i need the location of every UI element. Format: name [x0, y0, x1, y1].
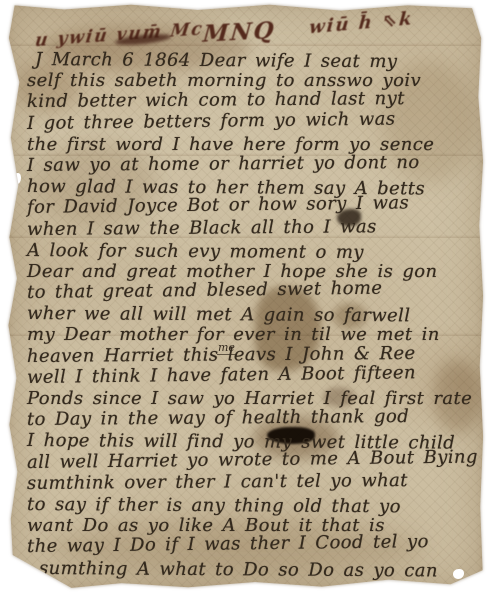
letter-body: J March 6 1864 Dear wife I seat my self … — [27, 49, 481, 579]
letter-line: to say if ther is any thing old that yo — [27, 494, 481, 518]
paper-wrap: u ywiū vum̄ Mc MNQ wiū h̄ ⇖k J March 6 1… — [0, 0, 496, 599]
letter-line: wher we all will met A gain so farwell — [27, 303, 481, 327]
pen-scribble: u ywiū vum̄ Mc — [34, 19, 205, 51]
pen-scribble: wiū h̄ ⇖k — [308, 8, 414, 38]
letter-line: J March 6 1864 Dear wife I seat my — [35, 49, 481, 73]
letter-line: to Day in the way of health thank god — [27, 406, 481, 431]
letter-line: sumthing A what to Do so Do as yo can — [39, 558, 481, 582]
letter-line: the way I Do if I was ther I Cood tel yo — [27, 531, 481, 558]
letter-paper: u ywiū vum̄ Mc MNQ wiū h̄ ⇖k J March 6 1… — [7, 3, 484, 589]
letter-photo: u ywiū vum̄ Mc MNQ wiū h̄ ⇖k J March 6 1… — [0, 0, 496, 599]
letter-line: to that great and blesed swet home — [27, 277, 481, 304]
letter-line: for David Joyce Bot or how sory I was — [27, 192, 481, 219]
letter-line: sumthink over ther I can't tel yo what — [27, 469, 481, 494]
interlinear-insertion: me — [217, 341, 236, 355]
pen-scribble: MNQ — [202, 17, 277, 48]
paper-hole — [14, 173, 21, 184]
letter-line: A look for such evy moment o my — [27, 240, 481, 264]
letter-line: when I saw the Black all tho I was — [27, 215, 481, 240]
letter-line: I saw yo at home or harriet yo dont no — [27, 151, 481, 176]
letter-line: well I think I have faten A Boot fifteen — [27, 361, 481, 388]
